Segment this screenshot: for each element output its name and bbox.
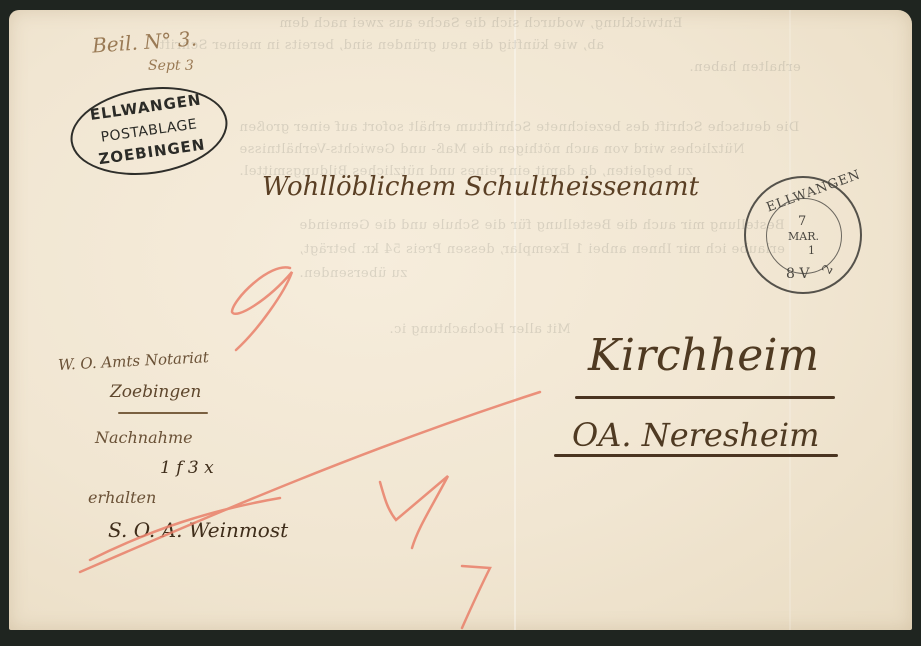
sender-signature: S. O. A. Weinmost	[108, 518, 288, 542]
datestamp-day: 7	[798, 214, 806, 229]
show-through-line: Nützliches wird von auch nöthigen die Ma…	[239, 142, 745, 157]
address-district: OA. Neresheim	[572, 416, 819, 454]
show-through-line: ab, wie künftig die neu gründen sind, be…	[159, 38, 604, 53]
vertical-fold-crease-right	[789, 10, 791, 630]
sender-place: Zoebingen	[110, 382, 201, 402]
address-salutation: Wohllöblichem Schultheissenamt	[262, 172, 699, 202]
address-underline-1	[575, 396, 835, 399]
show-through-line: Mit aller Hochachtung ic.	[389, 322, 571, 337]
datestamp-month: MAR.	[788, 230, 819, 243]
received-label: erhalten	[88, 488, 156, 507]
cash-on-delivery-amount: 1 f 3 x	[160, 458, 214, 478]
show-through-line: Entwicklung, wodurch sich die Sache aus …	[279, 16, 682, 31]
address-town: Kirchheim	[588, 330, 819, 381]
docket-subnote: Sept 3	[148, 58, 194, 74]
datestamp-time: 8 V	[786, 266, 809, 282]
datestamp-suffix: 2	[820, 262, 837, 277]
address-underline-2	[554, 454, 838, 457]
show-through-line: zu übersenden.	[299, 266, 407, 281]
show-through-line: erhalten haben.	[689, 60, 801, 75]
show-through-line: Bestellung mir auch die Bestellung für d…	[299, 218, 785, 233]
show-through-line: erlaube ich mir Ihnen anbei 1 Exemplar, …	[299, 242, 785, 257]
show-through-line: Die deutsche Schrift des bezeichnete Sch…	[239, 120, 799, 135]
sender-divider	[118, 412, 208, 414]
datestamp-year: 1	[808, 244, 815, 257]
ellwangen-circular-datestamp: ELLWANGEN 7 MAR. 1 8 V 2	[744, 176, 862, 294]
vertical-fold-crease	[514, 10, 516, 630]
cash-on-delivery-label: Nachnahme	[95, 428, 193, 447]
